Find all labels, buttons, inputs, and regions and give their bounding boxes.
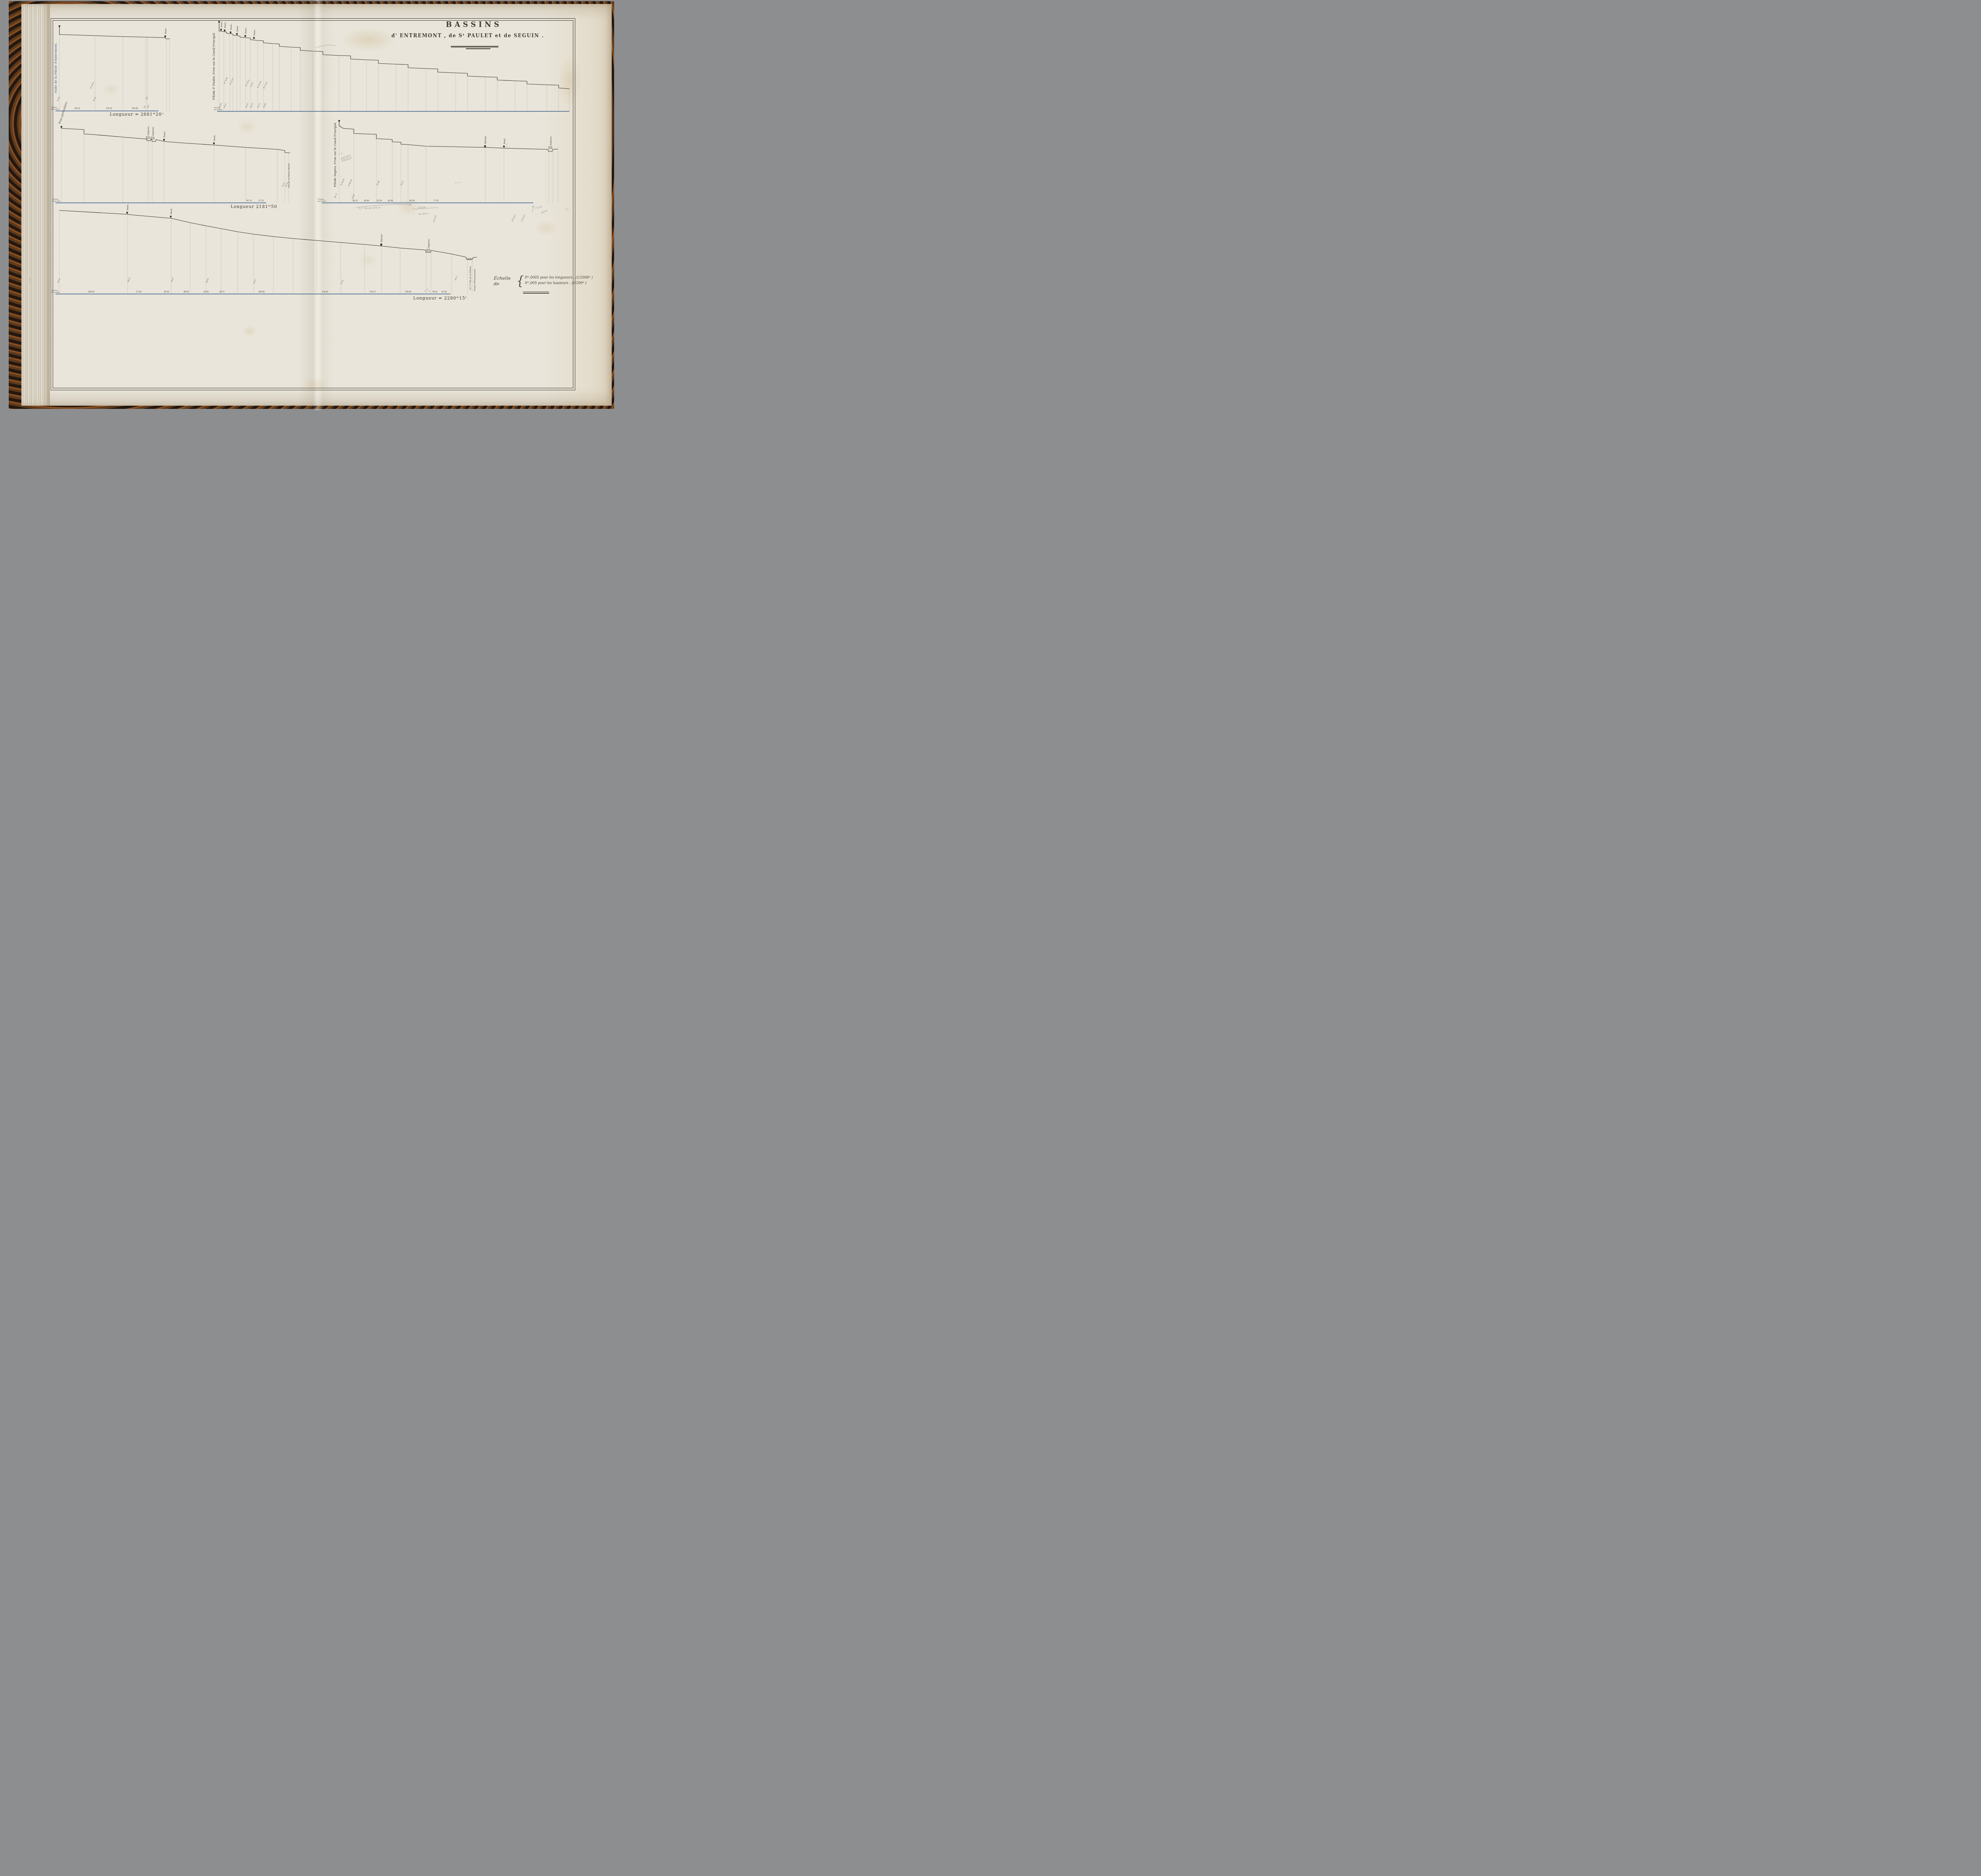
- svg-text:Rᶜ 85.92: Rᶜ 85.92: [340, 178, 345, 186]
- svg-text:66.20: 66.20: [74, 107, 80, 110]
- pont-marker: Pont.: [224, 22, 227, 31]
- pencil-note: 187/m: [540, 210, 548, 215]
- scale-brace-icon: {: [517, 273, 524, 288]
- bache-marker: Bâche.: [484, 135, 487, 147]
- svg-text:27.00: 27.00: [136, 291, 141, 293]
- siphon-marker: Siphon.: [427, 239, 430, 251]
- siphon-marker: Siphon.: [549, 136, 552, 149]
- svg-text:Suite de la Filiole d'Entremon: Suite de la Filiole d'Entremont.: [54, 43, 57, 93]
- svg-text:Bâche.: Bâche.: [484, 135, 487, 144]
- svg-text:50.41: 50.41: [92, 96, 96, 101]
- pencil-note: 84,30: [341, 155, 351, 162]
- svg-text:88.85: 88.85: [183, 291, 189, 293]
- pencil-note: 775 ml: [534, 206, 542, 210]
- svg-text:pour…: pour…: [506, 141, 509, 147]
- svg-text:54.71: 54.71: [454, 275, 458, 281]
- svg-text:2.: 2.: [424, 290, 427, 293]
- svg-text:Pont.: Pont.: [213, 135, 216, 141]
- pont-marker: Pont.: [164, 28, 167, 37]
- profiles-drawing: Pont.50.3850.41Rᶜ 53.473300.80.6066.2015…: [0, 0, 621, 410]
- svg-text:316,65: 316,65: [433, 215, 437, 223]
- svg-text:66.50: 66.50: [409, 200, 414, 202]
- scale-line-lengths: 0ᵐ,0005 pour les longueurs , (1/2000ᵉ ): [525, 275, 593, 281]
- svg-text:82.48: 82.48: [351, 194, 355, 199]
- svg-text:160: 160: [565, 208, 569, 211]
- pont-marker: Pont.: [244, 27, 247, 37]
- svg-text:Rᶜ 53.47: Rᶜ 53.47: [90, 82, 95, 90]
- pont-marker: Pont.: [126, 204, 129, 214]
- svg-text:Pont.: Pont.: [503, 138, 506, 144]
- svg-text:44.63: 44.63: [205, 278, 209, 283]
- scale-line-heights: 0ᵐ,005 pour les hauteurs , (1/200ᵉ ): [525, 281, 593, 286]
- svg-text:x 0,55: x 0,55: [337, 152, 343, 156]
- pencil-note: pour…: [506, 141, 509, 147]
- svg-text:165.00: 165.00: [405, 291, 411, 293]
- svg-text:77.10: 77.10: [433, 200, 438, 202]
- svg-text:0.60: 0.60: [146, 105, 150, 109]
- svg-text:Pont.: Pont.: [244, 27, 247, 34]
- svg-text:55.00: 55.00: [203, 291, 208, 293]
- svg-text:62.40: 62.40: [441, 291, 447, 293]
- svg-text:2.: 2.: [428, 290, 431, 293]
- svg-text:29.10: 29.10: [352, 200, 357, 202]
- svg-text:775 ml: 775 ml: [534, 206, 542, 210]
- fosse-marker: [468, 258, 471, 260]
- pont-marker: Pont.: [503, 138, 506, 147]
- svg-text:81.25: 81.25: [246, 200, 252, 202]
- svg-text:Filiole Seguin, Prise sur le: Filiole Seguin, Prise sur le Canal Princ…: [333, 122, 337, 187]
- pont-marker: Pont.: [253, 29, 256, 39]
- svg-text:41.25: 41.25: [340, 279, 344, 285]
- pencil-note: 45,6 p: [454, 181, 462, 185]
- svg-text:Longueur = 2681ᵐ20ᶜ: Longueur = 2681ᵐ20ᶜ: [110, 112, 164, 117]
- svg-text:Siphon.: Siphon.: [427, 239, 430, 248]
- plate-title: BASSINS: [414, 21, 533, 29]
- svg-text:Pont.: Pont.: [224, 22, 227, 28]
- profile-profil-bas-entremont: Pont.Pont.Bâche.Siphon.54.712.5.2.49.424…: [51, 204, 477, 301]
- svg-text:38.00: 38.00: [164, 291, 169, 293]
- profile-fin-filiole-paulet: Siphon.Siphon.Pont.Pont.51.3750.9981.255…: [52, 101, 290, 209]
- svg-text:Niveaude la Mer.: Niveaude la Mer.: [51, 290, 60, 294]
- svg-text:Pont.: Pont.: [220, 21, 223, 27]
- pencil-note: 160: [565, 208, 569, 211]
- svg-text:Pont.: Pont.: [170, 208, 173, 214]
- pencil-note: 1718: [29, 278, 32, 284]
- svg-text:Pont.: Pont.: [163, 131, 166, 137]
- svg-text:Siphon.: Siphon.: [550, 136, 552, 145]
- pont-marker: Pont.: [170, 208, 173, 218]
- svg-text:Pont.: Pont.: [126, 204, 129, 210]
- svg-text:Pont.: Pont.: [230, 24, 233, 30]
- svg-text:28.40: 28.40: [363, 200, 369, 202]
- svg-text:Fossé d'Écoulement.: Fossé d'Écoulement.: [473, 268, 476, 291]
- svg-text:Fin de la Filiole Paulet.: Fin de la Filiole Paulet.: [288, 162, 290, 188]
- svg-text:135.15: 135.15: [369, 291, 376, 293]
- svg-text:Pont.: Pont.: [164, 28, 167, 34]
- svg-text:Niveaude la Mer.: Niveaude la Mer.: [317, 198, 326, 202]
- pont-marker: Pont.: [220, 21, 223, 31]
- svg-text:42.97: 42.97: [253, 279, 257, 284]
- svg-text:20.00: 20.00: [387, 200, 393, 202]
- svg-text:187/m: 187/m: [540, 210, 548, 215]
- profile-suite-filiole-entremont: Pont.50.3850.41Rᶜ 53.473300.80.6066.2015…: [50, 25, 170, 117]
- pont-marker: Pont.: [163, 131, 166, 141]
- svg-text:57.25: 57.25: [258, 200, 263, 202]
- scale-note: Échelle de { 0ᵐ,0005 pour les longueurs …: [494, 274, 593, 287]
- svg-text:248.50: 248.50: [88, 291, 94, 293]
- bache-marker: Bâche.: [380, 233, 383, 246]
- svg-text:81.68: 81.68: [376, 180, 380, 185]
- svg-text:Longueur 2181ᵐ50: Longueur 2181ᵐ50: [231, 204, 277, 209]
- scale-intro: Échelle de: [494, 275, 515, 286]
- svg-text:163.00: 163.00: [132, 107, 138, 110]
- svg-text:46.91: 46.91: [127, 277, 131, 282]
- pencil-note: x 0,55: [337, 152, 343, 156]
- pont-marker: Pont.: [213, 135, 216, 144]
- svg-text:659,81: 659,81: [511, 214, 517, 222]
- svg-text:Pont.: Pont.: [253, 29, 256, 36]
- svg-text:21.53: 21.53: [250, 82, 254, 88]
- svg-text:Bâche.: Bâche.: [380, 233, 383, 242]
- pencil-note: 316,65: [433, 215, 437, 223]
- pencil-note: 659,81: [511, 214, 517, 222]
- svg-text:Siphon.: Siphon.: [152, 126, 155, 136]
- pencil-scribble: [315, 45, 336, 48]
- svg-text:Rᶜ 85.34: Rᶜ 85.34: [347, 179, 353, 187]
- plate-subtitle: d' ENTREMONT , de Sᵗ PAULET et de SEGUIN…: [391, 33, 509, 38]
- svg-text:49.75: 49.75: [219, 291, 224, 293]
- pencil-note: 618,65: [521, 214, 526, 222]
- svg-text:Siphon.: Siphon.: [147, 126, 150, 135]
- page-scan: Pont.50.3850.41Rᶜ 53.473300.80.6066.2015…: [0, 0, 621, 410]
- svg-text:Filiole Sᵗ Paulet, Prise sur: Filiole Sᵗ Paulet, Prise sur le Canal Pr…: [212, 32, 216, 100]
- pont-marker: Pont.: [230, 24, 233, 33]
- svg-text:Niveaude la Mer.: Niveaude la Mer.: [52, 198, 61, 202]
- siphon-marker: Siphon.: [146, 126, 150, 139]
- profile-filiole-seguin: Bâche.Pont.Siphon.Rᶜ 85.92Rᶜ 85.3481.688…: [317, 120, 558, 203]
- svg-text:0.8: 0.8: [143, 105, 146, 109]
- svg-text:Pont.: Pont.: [236, 25, 239, 32]
- svg-text:1718: 1718: [29, 278, 32, 284]
- svg-text:338.50: 338.50: [258, 291, 265, 293]
- pencil-note: sur 85 m: [418, 213, 428, 216]
- svg-text:52.77 Fin de la Filiole.: 52.77 Fin de la Filiole.: [469, 265, 472, 290]
- svg-text:45,6 p: 45,6 p: [454, 181, 462, 185]
- pont-marker: Pont.: [236, 25, 239, 35]
- svg-text:78.30: 78.30: [432, 291, 437, 293]
- svg-text:32.20: 32.20: [376, 200, 382, 202]
- svg-text:618,65: 618,65: [521, 214, 526, 222]
- svg-text:49.42: 49.42: [57, 278, 61, 283]
- svg-text:310.40: 310.40: [322, 291, 328, 293]
- svg-text:45.87: 45.87: [170, 277, 174, 282]
- svg-text:50.38: 50.38: [56, 96, 60, 101]
- svg-text:155.20: 155.20: [106, 107, 112, 110]
- siphon-marker: Siphon.: [151, 126, 155, 139]
- svg-text:330: 330: [145, 96, 148, 100]
- svg-text:83.72: 83.72: [334, 193, 338, 198]
- svg-text:sur 85 m: sur 85 m: [418, 213, 428, 216]
- svg-text:Longueur = 2280ᵐ15ᶜ: Longueur = 2280ᵐ15ᶜ: [413, 296, 467, 301]
- pencil-scribble: [532, 206, 534, 212]
- svg-text:Niveaude la Mer.: Niveaude la Mer.: [214, 107, 223, 111]
- svg-text:Niveaude la Mer.: Niveaude la Mer.: [50, 107, 59, 111]
